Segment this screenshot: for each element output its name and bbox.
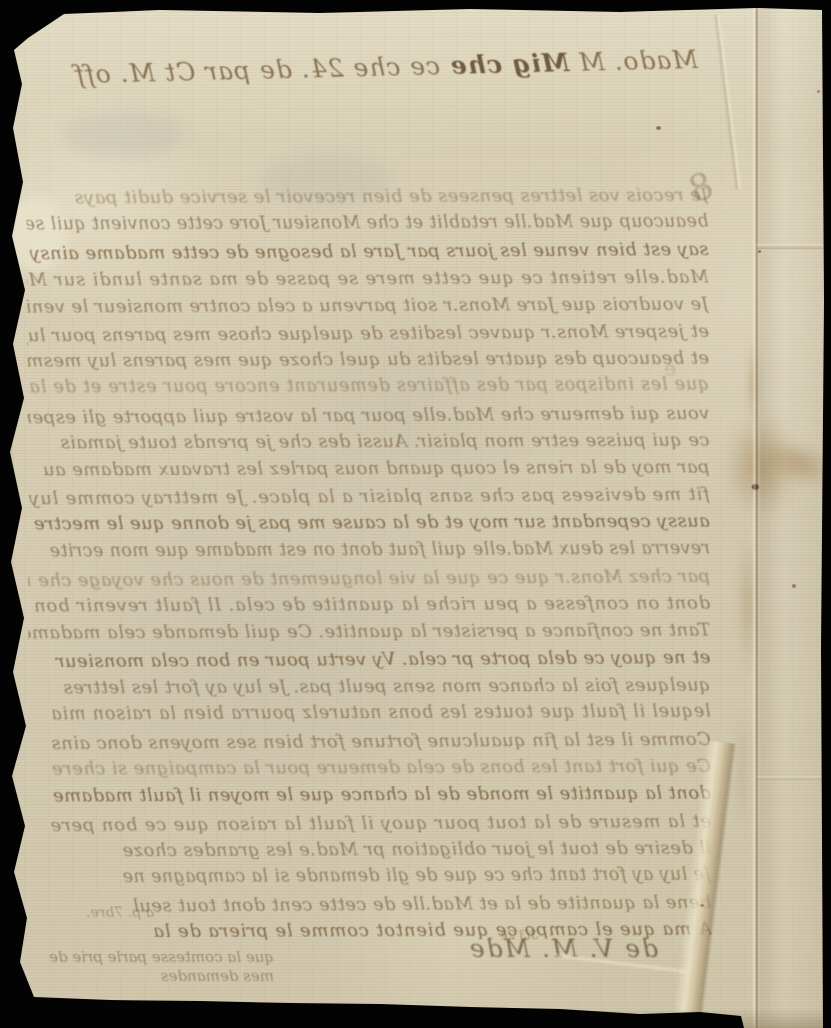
scan-bed: Mado. M Mig che ce che 24. de par Ct M. …	[0, 0, 831, 1028]
paper-edge-shading	[0, 0, 831, 1028]
letter-page: Mado. M Mig che ce che 24. de par Ct M. …	[0, 0, 831, 1028]
